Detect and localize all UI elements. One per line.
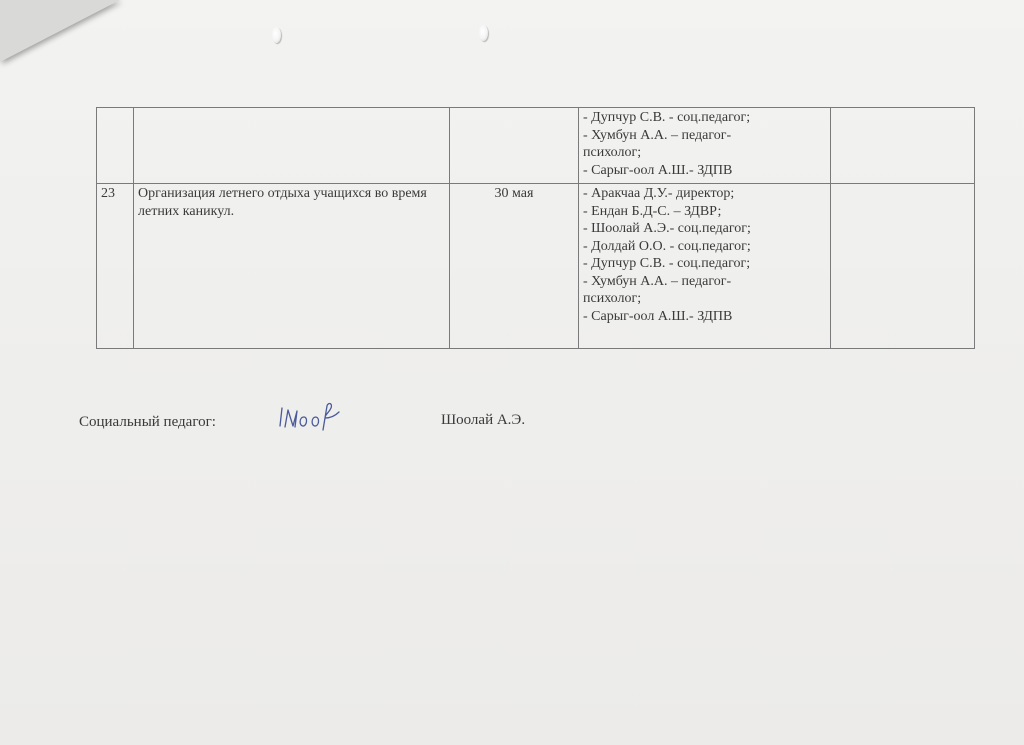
punch-hole [272,27,281,43]
responsible-line: психолог; [583,144,826,162]
signature-block: Социальный педагог: Шоолай А.Э. [79,412,639,442]
note-cell [831,184,975,349]
table-row: - Дупчур С.В. - соц.педагог; - Хумбун А.… [97,108,975,184]
event-cell [134,108,450,184]
responsible-line: - Хумбун А.А. – педагог- [583,127,826,145]
responsible-cell: - Аракчаа Д.У.- директор; - Ендан Б.Д-С.… [579,184,831,349]
scanned-page: - Дупчур С.В. - соц.педагог; - Хумбун А.… [0,0,1024,745]
responsible-line: - Сарыг-оол А.Ш.- ЗДПВ [583,308,826,326]
responsible-line: - Аракчаа Д.У.- директор; [583,185,826,203]
responsible-line: - Ендан Б.Д-С. – ЗДВР; [583,203,826,221]
row-number-cell [97,108,134,184]
punch-hole [479,25,488,41]
responsible-line: - Долдай О.О. - соц.педагог; [583,238,826,256]
activity-plan-table: - Дупчур С.В. - соц.педагог; - Хумбун А.… [96,107,975,349]
date-cell [450,108,579,184]
responsible-cell: - Дупчур С.В. - соц.педагог; - Хумбун А.… [579,108,831,184]
responsible-line: - Дупчур С.В. - соц.педагог; [583,255,826,273]
responsible-line: - Шоолай А.Э.- соц.педагог; [583,220,826,238]
date-cell: 30 мая [450,184,579,349]
signature-label: Социальный педагог: [79,414,216,431]
responsible-line: - Дупчур С.В. - соц.педагог; [583,109,826,127]
row-number-cell: 23 [97,184,134,349]
responsible-line: - Хумбун А.А. – педагог- [583,273,826,291]
signatory-name: Шоолай А.Э. [441,412,525,429]
folded-corner [0,0,120,62]
responsible-line: психолог; [583,290,826,308]
note-cell [831,108,975,184]
responsible-line: - Сарыг-оол А.Ш.- ЗДПВ [583,162,826,180]
handwritten-signature-icon [276,400,346,434]
event-cell: Организация летнего отдыха учащихся во в… [134,184,450,349]
table-row: 23 Организация летнего отдыха учащихся в… [97,184,975,349]
